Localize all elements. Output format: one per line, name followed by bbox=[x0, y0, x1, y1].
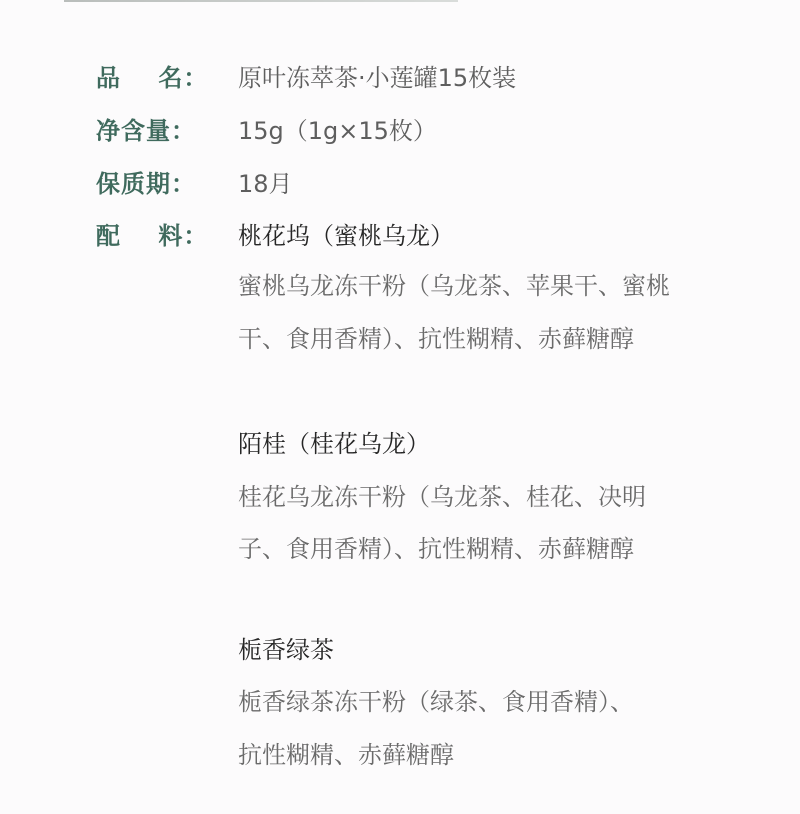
spec-value: 18月 bbox=[238, 164, 293, 199]
spec-label: 配 料： bbox=[96, 216, 238, 251]
ingredient-line: 抗性糊精、赤藓糖醇 bbox=[238, 735, 454, 770]
ingredient-line: 桂花乌龙冻干粉（乌龙茶、桂花、决明 bbox=[238, 477, 646, 512]
spec-row-net-content: 净含量： 15g（1g×15枚） bbox=[96, 111, 437, 146]
spec-value: 15g（1g×15枚） bbox=[238, 111, 437, 146]
top-divider bbox=[64, 0, 458, 2]
spec-row-ingredients: 配 料： bbox=[96, 216, 238, 251]
ingredient-line: 栀香绿茶冻干粉（绿茶、食用香精）、 bbox=[238, 682, 634, 717]
spec-label: 保质期： bbox=[96, 164, 238, 199]
ingredient-line: 干、食用香精）、抗性糊精、赤藓糖醇 bbox=[238, 319, 634, 354]
ingredient-line: 子、食用香精）、抗性糊精、赤藓糖醇 bbox=[238, 529, 634, 564]
spec-row-product-name: 品 名： 原叶冻萃茶·小莲罐15枚装 bbox=[96, 58, 516, 93]
spec-value: 原叶冻萃茶·小莲罐15枚装 bbox=[238, 58, 516, 93]
spec-label: 品 名： bbox=[96, 58, 238, 93]
ingredient-line: 蜜桃乌龙冻干粉（乌龙茶、苹果干、蜜桃 bbox=[238, 266, 670, 301]
spec-row-shelf-life: 保质期： 18月 bbox=[96, 164, 293, 199]
ingredient-heading: 桃花坞（蜜桃乌龙） bbox=[238, 216, 454, 251]
spec-label: 净含量： bbox=[96, 111, 238, 146]
ingredient-heading: 陌桂（桂花乌龙） bbox=[238, 424, 430, 459]
ingredient-heading: 栀香绿茶 bbox=[238, 630, 334, 665]
